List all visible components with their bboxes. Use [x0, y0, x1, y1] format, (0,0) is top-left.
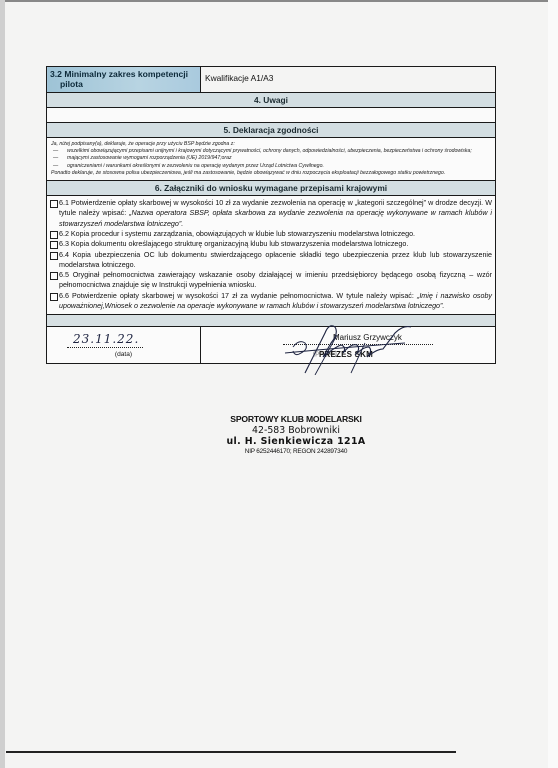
attachment-text: 6.5 Oryginał pełnomocnictwa zawierający …: [59, 270, 492, 291]
pilot-competence-label-line1: 3.2 Minimalny zakres kompetencji: [50, 69, 188, 79]
attachment-number: 6.4: [59, 251, 69, 259]
date-value[interactable]: 23.11.22.: [73, 332, 139, 346]
signer-name-stamp: Mariusz Grzywczyk: [333, 333, 402, 342]
attachment-checkbox-6-2[interactable]: [50, 231, 58, 239]
scan-top-edge: [0, 0, 558, 2]
row-pilot-competence: 3.2 Minimalny zakres kompetencji pilota …: [47, 67, 496, 93]
declaration-item-text: mającymi zastosowanie wymogami rozporząd…: [67, 155, 491, 162]
declaration-item: — mającymi zastosowanie wymogami rozporz…: [51, 155, 491, 162]
attachment-checkbox-6-6[interactable]: [50, 293, 58, 301]
section-6-title: 6. Załączniki do wniosku wymagane przepi…: [47, 181, 496, 196]
attachment-checkbox-6-4[interactable]: [50, 252, 58, 260]
attachment-number: 6.6: [59, 292, 69, 300]
attachment-description: Potwierdzenie opłaty skarbowej w wysokoś…: [72, 292, 417, 300]
attachment-number: 6.2: [59, 230, 69, 238]
stamp-street: ul. H. Sienkiewicza 121A: [216, 436, 376, 447]
dash-bullet-icon: —: [51, 163, 67, 170]
section-4-content-row: [47, 108, 496, 123]
attachment-text: 6.2 Kopia procedur i systemu zarządzania…: [59, 229, 492, 239]
scan-left-edge: [0, 0, 5, 768]
declaration-item-text: wszelkimi obowiązującymi przepisami unij…: [67, 148, 491, 155]
section-6-header-row: 6. Załączniki do wniosku wymagane przepi…: [47, 181, 496, 196]
declaration-text: Ja, niżej podpisany(a), deklaruje, że op…: [47, 138, 496, 181]
attachment-text: 6.3 Kopia dokumentu określającego strukt…: [59, 239, 492, 249]
signer-title-stamp: PREZES SKM: [319, 350, 373, 359]
attachment-item-6-4: 6.4 Kopia ubezpieczenia OC lub dokumentu…: [50, 250, 492, 271]
attachment-description: Kopia ubezpieczenia OC lub dokumentu stw…: [59, 251, 492, 269]
attachment-description: Kopia dokumentu określającego strukturę …: [71, 240, 408, 248]
application-form-table: 3.2 Minimalny zakres kompetencji pilota …: [46, 66, 496, 364]
stamp-tax-ids: NIP 6252446170; REGON 242897340: [216, 448, 376, 455]
section-5-content-row: Ja, niżej podpisany(a), deklaruje, że op…: [47, 138, 496, 181]
attachment-number: 6.3: [59, 240, 69, 248]
attachment-text: 6.4 Kopia ubezpieczenia OC lub dokumentu…: [59, 250, 492, 271]
declaration-closing: Ponadto deklaruje, że stosowna polisa ub…: [51, 170, 491, 177]
declaration-intro: Ja, niżej podpisany(a), deklaruje, że op…: [51, 141, 491, 148]
stamp-postal: 42-583 Bobrowniki: [216, 425, 376, 436]
attachment-checkbox-6-3[interactable]: [50, 241, 58, 249]
attachment-number: 6.1: [59, 199, 69, 207]
stamp-org-name: SPORTOWY KLUB MODELARSKI: [216, 414, 376, 424]
declaration-item: — wszelkimi obowiązującymi przepisami un…: [51, 148, 491, 155]
application-form-page: 3.2 Minimalny zakres kompetencji pilota …: [46, 66, 495, 364]
date-cell: 23.11.22. (data): [47, 327, 201, 364]
separator-band: [47, 315, 496, 327]
attachment-item-6-6: 6.6 Potwierdzenie opłaty skarbowej w wys…: [50, 291, 492, 312]
attachment-item-6-3: 6.3 Kopia dokumentu określającego strukt…: [50, 239, 492, 249]
dash-bullet-icon: —: [51, 148, 67, 155]
attachment-description: Kopia procedur i systemu zarządzania, ob…: [71, 230, 415, 238]
declaration-item-text: ograniczeniami i warunkami określonymi w…: [67, 163, 491, 170]
attachment-item-6-1: 6.1 Potwierdzenie opłaty skarbowej w wys…: [50, 198, 492, 229]
date-label: (data): [47, 351, 200, 358]
section-6-content-row: 6.1 Potwierdzenie opłaty skarbowej w wys…: [47, 196, 496, 315]
attachment-text: 6.6 Potwierdzenie opłaty skarbowej w wys…: [59, 291, 492, 312]
scan-bottom-edge: [6, 751, 456, 753]
section-4-title: 4. Uwagi: [47, 93, 496, 108]
pilot-competence-label: 3.2 Minimalny zakres kompetencji pilota: [47, 67, 201, 93]
attachment-checkbox-6-5[interactable]: [50, 272, 58, 280]
attachment-text: 6.1 Potwierdzenie opłaty skarbowej w wys…: [59, 198, 492, 229]
section-5-header-row: 5. Deklaracja zgodności: [47, 123, 496, 138]
attachment-item-6-2: 6.2 Kopia procedur i systemu zarządzania…: [50, 229, 492, 239]
remarks-field[interactable]: [47, 108, 496, 123]
date-dotted-line: [67, 347, 143, 348]
separator-band-row: [47, 315, 496, 327]
pilot-competence-value[interactable]: Kwalifikacje A1/A3: [201, 67, 496, 93]
signature-dotted-line: [283, 344, 433, 345]
attachment-number: 6.5: [59, 271, 69, 279]
dash-bullet-icon: —: [51, 155, 67, 162]
attachment-item-6-5: 6.5 Oryginał pełnomocnictwa zawierający …: [50, 270, 492, 291]
attachments-list: 6.1 Potwierdzenie opłaty skarbowej w wys…: [47, 196, 496, 315]
section-5-title: 5. Deklaracja zgodności: [47, 123, 496, 138]
declaration-item: — ograniczeniami i warunkami określonymi…: [51, 163, 491, 170]
organization-stamp: SPORTOWY KLUB MODELARSKI 42-583 Bobrowni…: [216, 414, 376, 455]
signature-row: 23.11.22. (data) Mariusz Grzywczyk (podp…: [47, 327, 496, 364]
scan-right-edge: [548, 0, 558, 768]
section-4-header-row: 4. Uwagi: [47, 93, 496, 108]
attachment-checkbox-6-1[interactable]: [50, 200, 58, 208]
pilot-competence-label-line2: pilota: [50, 79, 197, 89]
attachment-description: Oryginał pełnomocnictwa zawierający wska…: [59, 271, 492, 289]
signature-cell: Mariusz Grzywczyk (podpis) PREZES SKM: [201, 327, 496, 364]
